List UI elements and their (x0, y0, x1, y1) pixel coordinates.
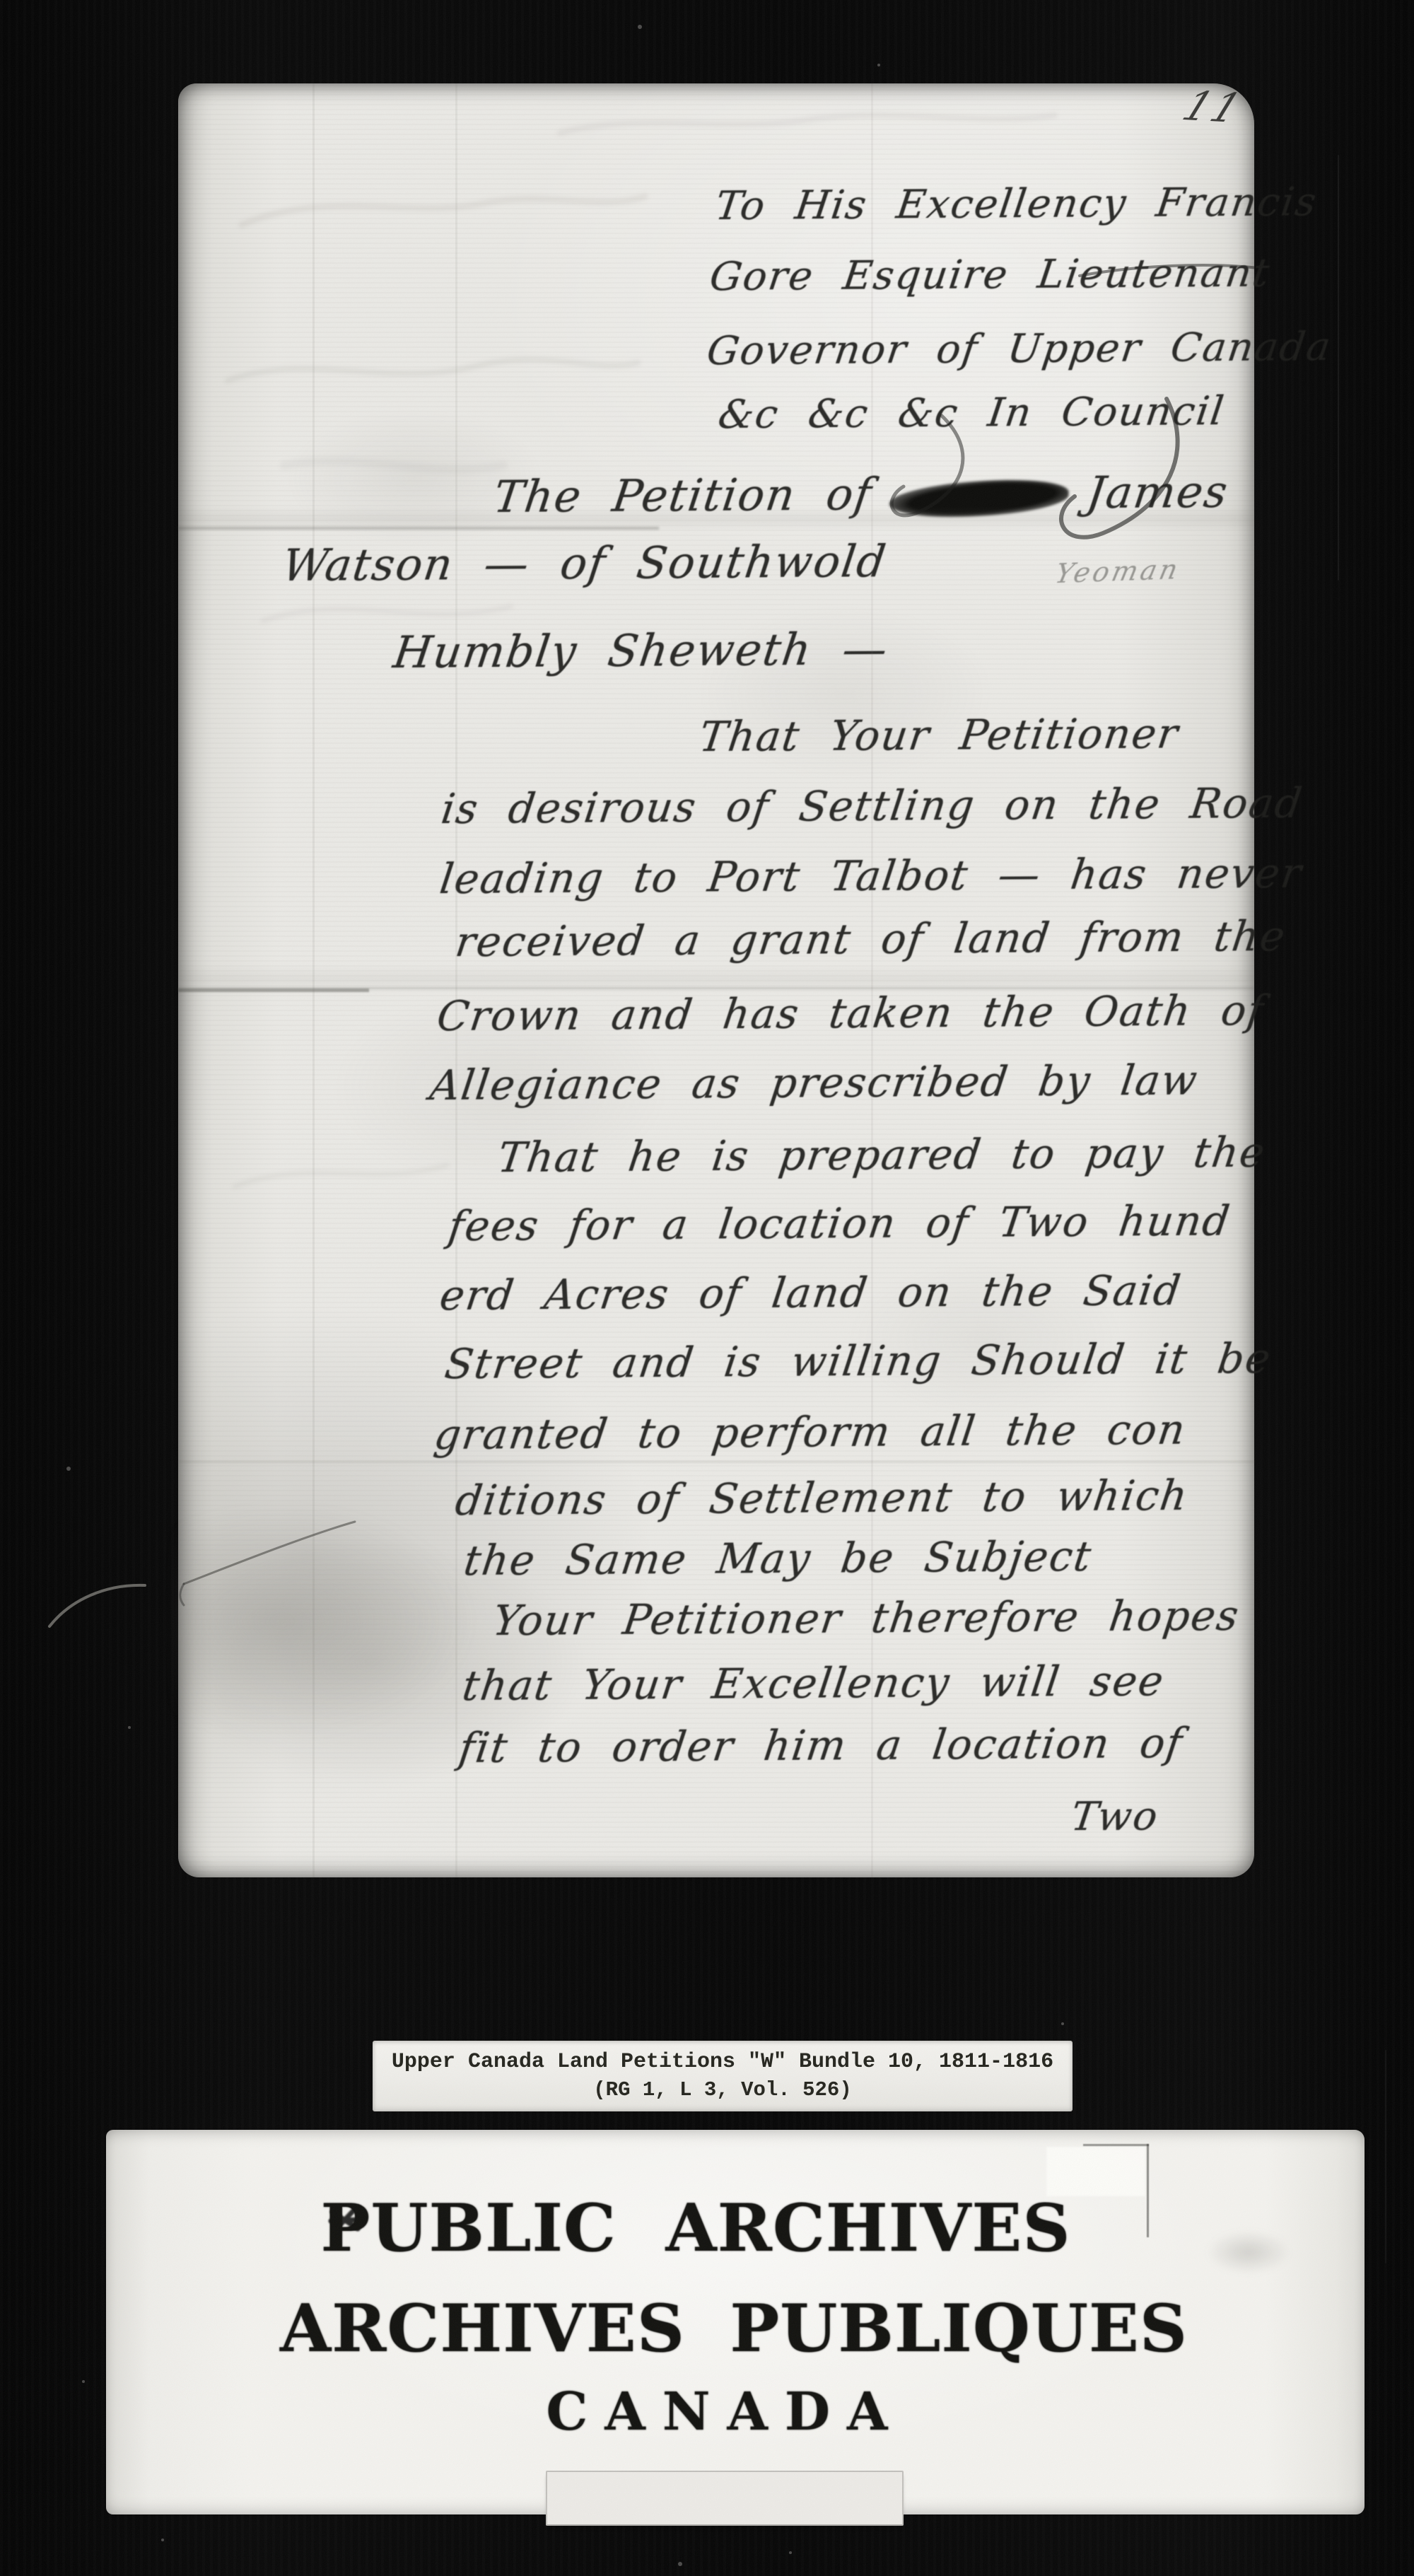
archives-title-french: ARCHIVES PUBLIQUES (105, 2290, 1363, 2367)
handwriting-line: ditions of Settlement to which (452, 1471, 1191, 1526)
page-number: 11 (1176, 83, 1250, 132)
fold-crease (178, 527, 659, 530)
card-bottom-tab (546, 2471, 904, 2526)
petition-heading-line: The Petition of James (491, 466, 1232, 524)
margin-pen-hook (180, 1584, 184, 1605)
handwriting-line: leading to Port Talbot — has never (437, 849, 1305, 904)
fold-crease (178, 1461, 1254, 1463)
handwriting-line: the Same May be Subject (461, 1532, 1095, 1586)
fold-crease (178, 989, 369, 992)
reference-label: Upper Canada Land Petitions "W" Bundle 1… (373, 2041, 1073, 2111)
handwriting-line: fees for a location of Two hund (445, 1196, 1234, 1251)
reference-line-2: (RG 1, L 3, Vol. 526) (373, 2076, 1073, 2104)
handwriting-line: Allegiance as prescribed by law (427, 1056, 1201, 1110)
archives-title-english: PUBLIC ARCHIVES (66, 2189, 1325, 2266)
reference-line-1: Upper Canada Land Petitions "W" Bundle 1… (373, 2048, 1073, 2076)
paper-crease (455, 83, 457, 1877)
handwriting-line: Governor of Upper Canada (704, 323, 1335, 375)
archives-title-country: CANADA (96, 2382, 1355, 2442)
handwriting-line: granted to perform all the con (431, 1406, 1189, 1460)
handwriting-line: that Your Excellency will see (460, 1657, 1167, 1711)
catchword: Two (1068, 1793, 1162, 1841)
handwriting-line: fit to order him a location of (456, 1719, 1186, 1773)
smudge-shadow (178, 1505, 475, 1738)
petitioner-first-name: James (1084, 466, 1232, 520)
corner-mark (1083, 2144, 1149, 2146)
handwriting-line: erd Acres of land on the Said (437, 1266, 1185, 1321)
handwriting-line: Gore Esquire Lieutenant (707, 249, 1273, 301)
petition-page: 11 To His Excellency Francis Gore Esquir… (178, 83, 1254, 1877)
handwriting-line: Street and is willing Should it be (442, 1334, 1275, 1389)
handwriting-line: Watson — of Southwold (279, 535, 890, 592)
handwriting-line: Humbly Sheweth — (390, 623, 892, 679)
handwriting-line: That he is prepared to pay the (495, 1128, 1269, 1182)
handwriting-line: Your Petitioner therefore hopes (490, 1592, 1243, 1646)
handwriting-line: To His Excellency Francis (713, 178, 1320, 230)
handwriting-line: That Your Petitioner (696, 709, 1182, 762)
clerk-annotation: Yeoman (1053, 554, 1184, 589)
archives-card: PUBLIC ARCHIVES ARCHIVES PUBLIQUES CANAD… (106, 2130, 1365, 2514)
heading-text: The Petition of (491, 468, 875, 523)
strikethrough-blot (888, 474, 1070, 523)
margin-pen-line (184, 1522, 355, 1584)
handwriting-line: is desirous of Settling on the Road (438, 779, 1306, 834)
paper-crease (312, 83, 315, 1877)
handwriting-line: &c &c &c In Council (715, 387, 1228, 438)
handwriting-line: Crown and has taken the Oath of (434, 986, 1268, 1042)
handwriting-line: received a grant of land from the (452, 912, 1289, 967)
